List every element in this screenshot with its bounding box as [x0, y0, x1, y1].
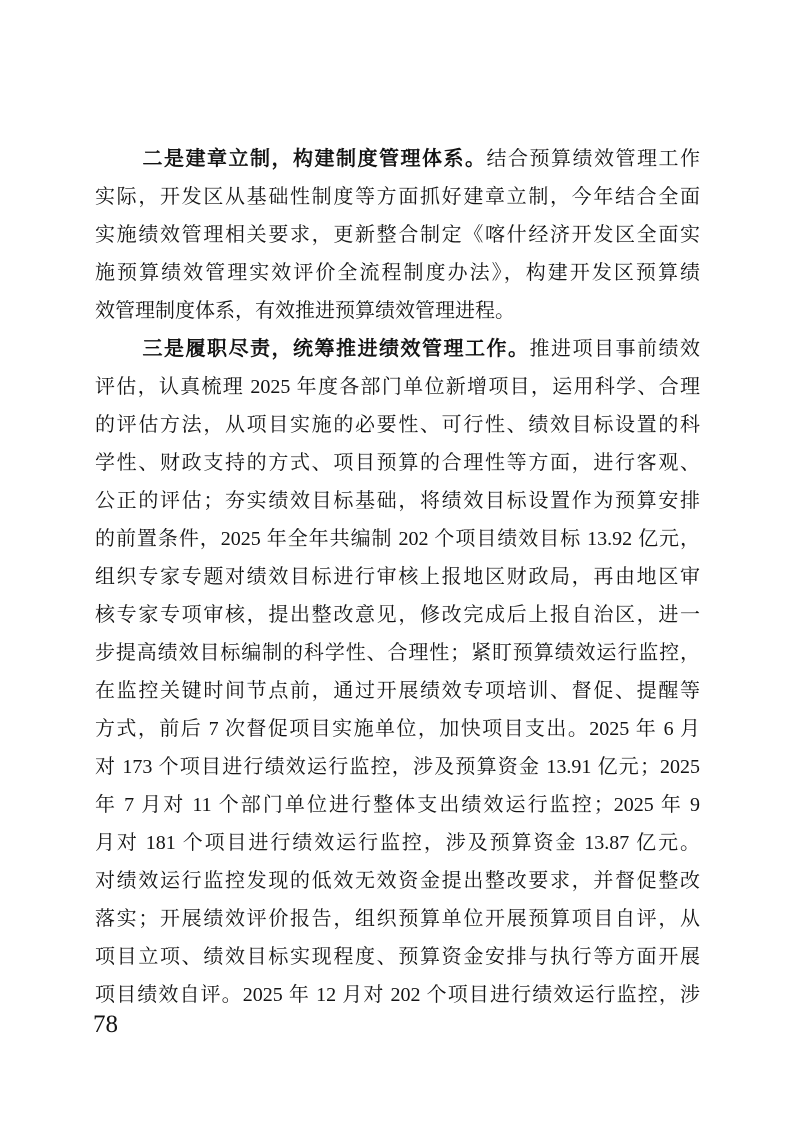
text-line: 学性、财政支持的方式、项目预算的合理性等方面，进行客观、	[95, 444, 700, 482]
text-line: 年 7 月对 11 个部门单位进行整体支出绩效运行监控；2025 年 9	[95, 786, 700, 824]
text-line: 效管理制度体系，有效推进预算绩效管理进程。	[95, 292, 700, 330]
text-line: 实施绩效管理相关要求，更新整合制定《喀什经济开发区全面实	[95, 216, 700, 254]
paragraph-heading: 二是建章立制，构建制度管理体系。	[141, 148, 487, 170]
text-line: 评估，认真梳理 2025 年度各部门单位新增项目，运用科学、合理	[95, 368, 700, 406]
document-page: 二是建章立制，构建制度管理体系。结合预算绩效管理工作 实际，开发区从基础性制度等…	[0, 0, 793, 1122]
text-line: 核专家专项审核，提出整改意见，修改完成后上报自治区，进一	[95, 596, 700, 634]
text-run: 推进项目事前绩效	[530, 338, 701, 360]
text-line: 项目绩效自评。2025 年 12 月对 202 个项目进行绩效运行监控，涉	[95, 976, 700, 1014]
text-line: 方式，前后 7 次督促项目实施单位，加快项目支出。2025 年 6 月	[95, 710, 700, 748]
first-line-indent	[95, 354, 141, 355]
text-line: 组织专家专题对绩效目标进行审核上报地区财政局，再由地区审	[95, 558, 700, 596]
page-number: 78	[93, 1010, 118, 1040]
text-line: 落实；开展绩效评价报告，组织预算单位开展预算项目自评，从	[95, 900, 700, 938]
document-body: 二是建章立制，构建制度管理体系。结合预算绩效管理工作 实际，开发区从基础性制度等…	[95, 140, 700, 1014]
text-line: 的评估方法，从项目实施的必要性、可行性、绩效目标设置的科	[95, 406, 700, 444]
text-line: 实际，开发区从基础性制度等方面抓好建章立制，今年结合全面	[95, 178, 700, 216]
paragraph-section-three: 三是履职尽责，统筹推进绩效管理工作。推进项目事前绩效 评估，认真梳理 2025 …	[95, 330, 700, 1014]
text-line: 月对 181 个项目进行绩效运行监控，涉及预算资金 13.87 亿元。	[95, 824, 700, 862]
text-line: 二是建章立制，构建制度管理体系。结合预算绩效管理工作	[95, 140, 700, 178]
paragraph-heading: 三是履职尽责，统筹推进绩效管理工作。	[141, 338, 530, 360]
text-run: 结合预算绩效管理工作	[487, 148, 701, 170]
text-line: 对 173 个项目进行绩效运行监控，涉及预算资金 13.91 亿元；2025	[95, 748, 700, 786]
text-line: 施预算绩效管理实效评价全流程制度办法》，构建开发区预算绩	[95, 254, 700, 292]
text-line: 公正的评估；夯实绩效目标基础，将绩效目标设置作为预算安排	[95, 482, 700, 520]
first-line-indent	[95, 164, 141, 165]
paragraph-section-two: 二是建章立制，构建制度管理体系。结合预算绩效管理工作 实际，开发区从基础性制度等…	[95, 140, 700, 330]
text-line: 在监控关键时间节点前，通过开展绩效专项培训、督促、提醒等	[95, 672, 700, 710]
text-line: 步提高绩效目标编制的科学性、合理性；紧盯预算绩效运行监控，	[95, 634, 700, 672]
text-line: 对绩效运行监控发现的低效无效资金提出整改要求，并督促整改	[95, 862, 700, 900]
text-line: 项目立项、绩效目标实现程度、预算资金安排与执行等方面开展	[95, 938, 700, 976]
text-line: 的前置条件，2025 年全年共编制 202 个项目绩效目标 13.92 亿元，	[95, 520, 700, 558]
text-line: 三是履职尽责，统筹推进绩效管理工作。推进项目事前绩效	[95, 330, 700, 368]
